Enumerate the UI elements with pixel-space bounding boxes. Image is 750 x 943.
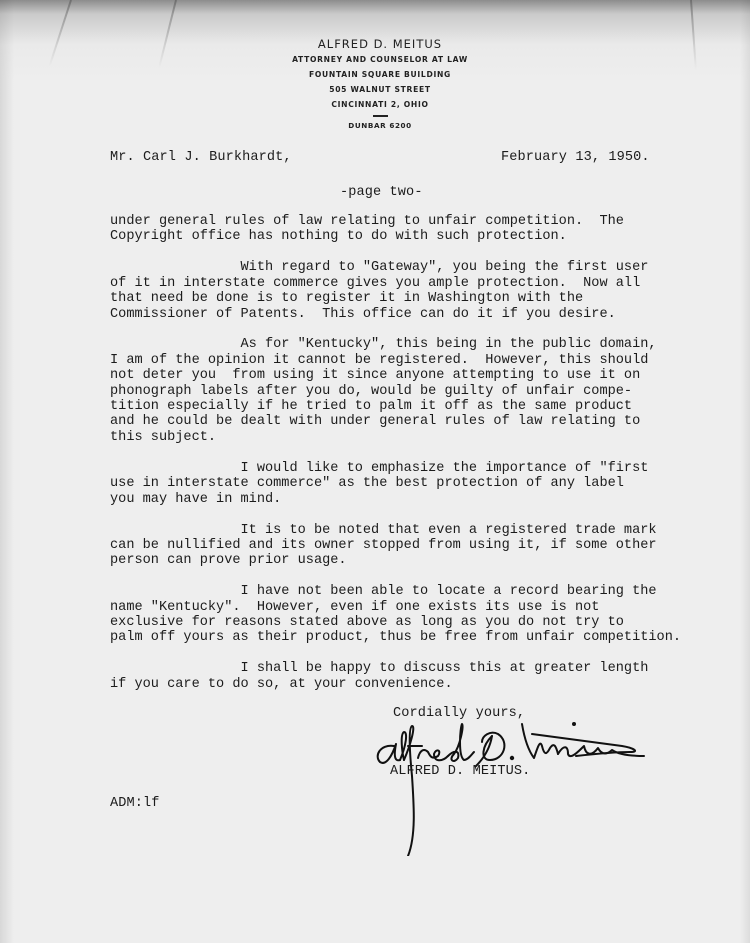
paragraph-3: As for "Kentucky", this being in the pub…	[110, 337, 740, 445]
typed-signer-name: ALFRED D. MEITUS.	[390, 764, 530, 779]
page-marker: -page two-	[340, 185, 423, 200]
paper-crease	[158, 0, 177, 68]
letterhead: ALFRED D. MEITUS ATTORNEY AND COUNSELOR …	[260, 36, 500, 130]
letterhead-building: FOUNTAIN SQUARE BUILDING	[260, 67, 500, 82]
paragraph-5: It is to be noted that even a registered…	[110, 523, 740, 569]
letterhead-phone: DUNBAR 6200	[260, 121, 500, 130]
letterhead-name: ALFRED D. MEITUS	[260, 36, 500, 52]
handwritten-signature	[372, 716, 652, 856]
letter-date: February 13, 1950.	[501, 150, 650, 165]
paragraph-4: I would like to emphasize the importance…	[110, 461, 740, 507]
letterhead-city: CINCINNATI 2, OHIO	[260, 97, 500, 112]
paragraph-6: I have not been able to locate a record …	[110, 584, 740, 646]
recipient: Mr. Carl J. Burkhardt,	[110, 150, 292, 165]
letterhead-divider	[373, 115, 388, 117]
letterhead-title: ATTORNEY AND COUNSELOR AT LAW	[260, 52, 500, 67]
paper-crease	[690, 0, 697, 70]
paper-crease	[48, 0, 72, 67]
paragraph-1: under general rules of law relating to u…	[110, 214, 740, 245]
letterhead-street: 505 WALNUT STREET	[260, 82, 500, 97]
reference-initials: ADM:lf	[110, 796, 160, 811]
letter-body: under general rules of law relating to u…	[110, 214, 740, 708]
paragraph-7: I shall be happy to discuss this at grea…	[110, 661, 740, 692]
paragraph-2: With regard to "Gateway", you being the …	[110, 260, 740, 322]
letter-page: ALFRED D. MEITUS ATTORNEY AND COUNSELOR …	[0, 0, 750, 943]
